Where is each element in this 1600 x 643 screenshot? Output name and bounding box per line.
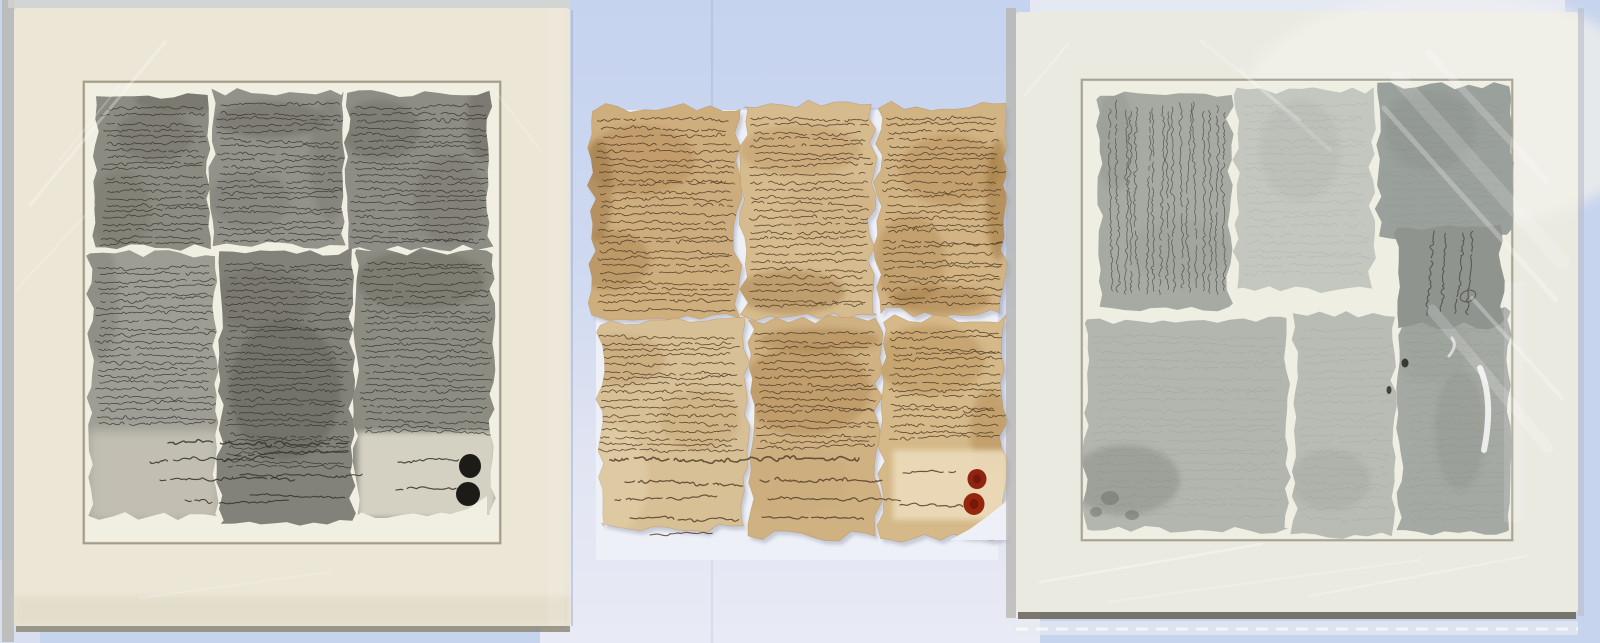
plastic-sleeve-edge bbox=[1006, 8, 1016, 618]
photo-stage: Photograph of three items laid on a pale… bbox=[0, 0, 1600, 643]
ink-spot bbox=[1387, 386, 1392, 394]
printed-seal-black bbox=[459, 454, 481, 478]
printed-seal-black bbox=[456, 482, 480, 506]
seal-area-light-patch bbox=[893, 450, 1008, 520]
original-deed-document: Original torn deed on aged tan paper, si… bbox=[568, 100, 1011, 560]
mat-bottom-shadow bbox=[1018, 612, 1576, 619]
plastic-sleeve-edge bbox=[2, 0, 14, 642]
left-matted-print: Matted facsimile print of deed front, sh… bbox=[2, 0, 572, 642]
ink-spot bbox=[1402, 359, 1409, 368]
mat-bottom-shadow bbox=[16, 626, 570, 632]
photo-of-deed-and-prints: Matted facsimile print of deed front, sh… bbox=[0, 0, 1600, 643]
